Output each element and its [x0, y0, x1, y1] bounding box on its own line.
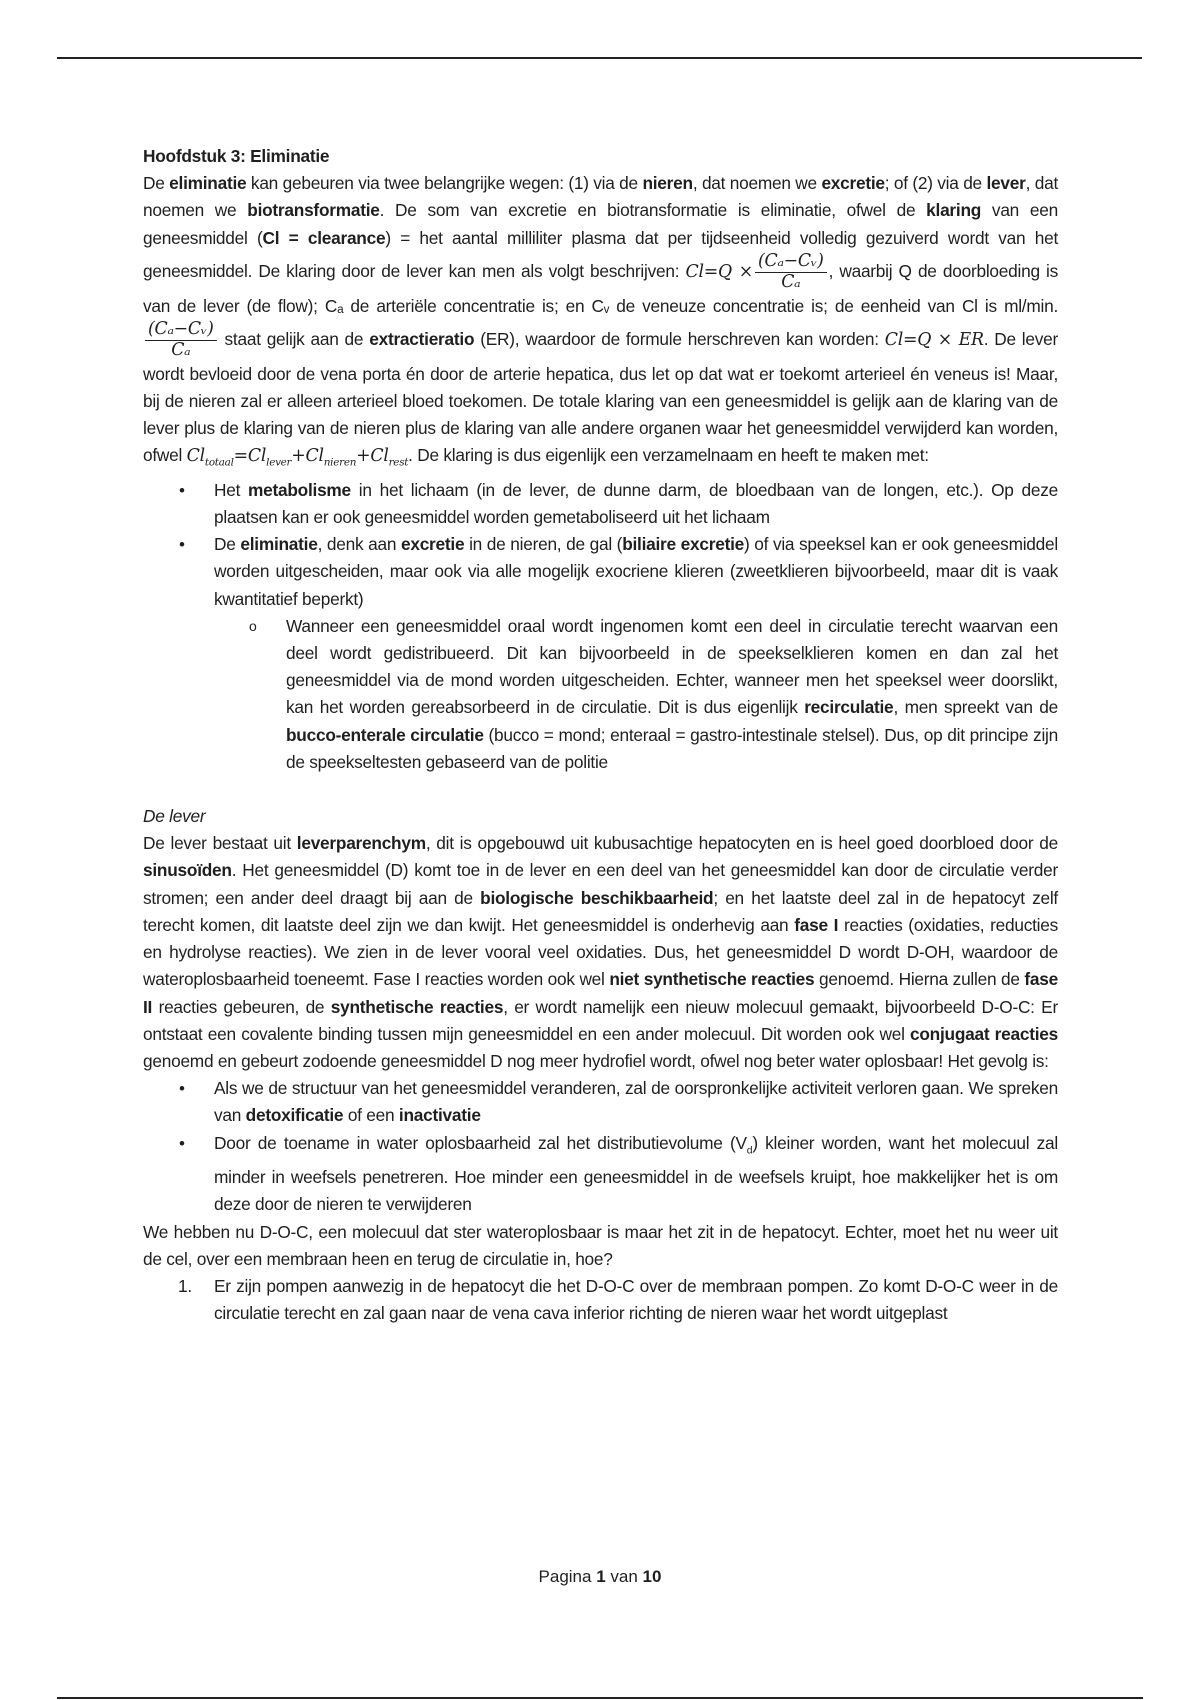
term-eliminatie: eliminatie: [169, 173, 246, 193]
term-conjugaat-reacties: conjugaat reacties: [910, 1024, 1058, 1044]
formula-extraction-ratio: (Cₐ−Cᵥ)Cₐ: [143, 330, 219, 350]
list-item: De eliminatie, denk aan excretie in de n…: [214, 531, 1058, 776]
fraction-numerator: (Cₐ−Cᵥ): [755, 252, 827, 273]
total-page-count: 10: [643, 1567, 662, 1586]
cl-symbol: Cl: [248, 446, 266, 466]
term-bucco-enterale-circulatie: bucco-enterale circulatie: [286, 725, 484, 745]
list-marker: 1.: [178, 1273, 192, 1300]
term-leverparenchym: leverparenchym: [297, 833, 426, 853]
footer-middle: van: [606, 1567, 643, 1586]
text: De: [143, 173, 169, 193]
term-eliminatie: eliminatie: [240, 534, 317, 554]
numbered-list: 1.Er zijn pompen aanwezig in de hepatocy…: [143, 1273, 1058, 1327]
term-excretie: excretie: [401, 534, 464, 554]
current-page-number: 1: [596, 1567, 605, 1586]
section-heading-lever: De lever: [143, 803, 1058, 830]
cl-symbol: Cl: [306, 446, 324, 466]
list-item: Het metabolisme in het lichaam (in de le…: [214, 477, 1058, 531]
lever-paragraph: De lever bestaat uit leverparenchym, dit…: [143, 830, 1058, 1075]
term-detoxificatie: detoxificatie: [246, 1105, 344, 1125]
text: kan gebeuren via twee belangrijke wegen:…: [246, 173, 642, 193]
list-item: Door de toename in water oplosbaarheid z…: [214, 1130, 1058, 1219]
subscript: nieren: [324, 457, 356, 469]
subscript: rest: [389, 457, 409, 469]
footer-rule: [57, 1697, 1143, 1699]
fraction-denominator: Cₐ: [168, 341, 193, 361]
term-metabolisme: metabolisme: [248, 480, 351, 500]
term-biologische-beschikbaarheid: biologische beschikbaarheid: [480, 888, 713, 908]
spacer: [143, 776, 1058, 803]
term-niet-synthetische-reacties: niet synthetische reacties: [609, 969, 814, 989]
term-inactivatie: inactivatie: [399, 1105, 481, 1125]
fraction: (Cₐ−Cᵥ)Cₐ: [145, 320, 217, 361]
page-footer: Pagina 1 van 10: [0, 1567, 1200, 1587]
fraction-denominator: Cₐ: [778, 273, 803, 293]
text: Door de toename in water oplosbaarheid z…: [214, 1133, 747, 1153]
cl-symbol: Cl: [187, 446, 205, 466]
term-recirculatie: recirculatie: [804, 697, 893, 717]
doc-paragraph: We hebben nu D-O-C, een molecuul dat ste…: [143, 1219, 1058, 1273]
term-klaring: klaring: [926, 200, 981, 220]
text: De: [214, 534, 240, 554]
text: De lever bestaat uit: [143, 833, 297, 853]
term-fase-1: fase I: [794, 915, 838, 935]
text: (ER), waardoor de formule herschreven ka…: [474, 329, 884, 349]
term-lever: lever: [986, 173, 1025, 193]
text: , men spreekt van de: [893, 697, 1058, 717]
term-biotransformatie: biotransformatie: [247, 200, 379, 220]
text: genoemd en gebeurt zodoende geneesmiddel…: [143, 1051, 1049, 1071]
header-rule: [57, 57, 1142, 59]
text: reacties gebeuren, de: [152, 997, 331, 1017]
term-biliaire-excretie: biliaire excretie: [622, 534, 744, 554]
text: , denk aan: [318, 534, 401, 554]
text: Er zijn pompen aanwezig in de hepatocyt …: [214, 1276, 1058, 1323]
term-nieren: nieren: [642, 173, 692, 193]
subscript: lever: [266, 457, 291, 469]
chapter-title: Hoofdstuk 3: Eliminatie: [143, 143, 1058, 170]
list-item: 1.Er zijn pompen aanwezig in de hepatocy…: [214, 1273, 1058, 1327]
bullet-list-clearance: Het metabolisme in het lichaam (in de le…: [143, 477, 1058, 776]
footer-prefix: Pagina: [539, 1567, 597, 1586]
text: genoemd. Hierna zullen de: [814, 969, 1024, 989]
text: ; of (2) via de: [885, 173, 987, 193]
text: staat gelijk aan de: [219, 329, 370, 349]
term-sinusoiden: sinusoïden: [143, 860, 232, 880]
formula-cl-q-er: Cl=Q × ER: [885, 330, 984, 350]
text: Het: [214, 480, 248, 500]
term-excretie: excretie: [821, 173, 884, 193]
term-extractieratio: extractieratio: [369, 329, 474, 349]
bullet-list-gevolg: Als we de structuur van het geneesmiddel…: [143, 1075, 1058, 1218]
formula-total-clearance: Cltotaal=Cllever+Clnieren+Clrest: [187, 446, 409, 466]
subscript: totaal: [205, 457, 234, 469]
text: . De som van excretie en biotransformati…: [380, 200, 927, 220]
list-item: Als we de structuur van het geneesmiddel…: [214, 1075, 1058, 1129]
document-page: Hoofdstuk 3: Eliminatie De eliminatie ka…: [143, 143, 1058, 1327]
text: of een: [343, 1105, 399, 1125]
formula-clearance: Cl=Q ×(Cₐ−Cᵥ)Cₐ: [685, 262, 828, 282]
cl-symbol: Cl: [370, 446, 388, 466]
fraction-numerator: (Cₐ−Cᵥ): [145, 320, 217, 341]
term-clearance: Cl = clearance: [262, 228, 385, 248]
text: , dat noemen we: [693, 173, 822, 193]
text: . De klaring is dus eigenlijk een verzam…: [408, 445, 929, 465]
list-item: Wanneer een geneesmiddel oraal wordt ing…: [286, 613, 1058, 776]
formula-lhs: Cl=Q ×: [685, 262, 753, 282]
text: in de nieren, de gal (: [464, 534, 622, 554]
term-synthetische-reacties: synthetische reacties: [331, 997, 503, 1017]
fraction: (Cₐ−Cᵥ)Cₐ: [755, 252, 827, 293]
text: , dit is opgebouwd uit kubusachtige hepa…: [426, 833, 1058, 853]
intro-paragraph: De eliminatie kan gebeuren via twee bela…: [143, 170, 1058, 477]
sub-bullet-list: Wanneer een geneesmiddel oraal wordt ing…: [214, 613, 1058, 776]
